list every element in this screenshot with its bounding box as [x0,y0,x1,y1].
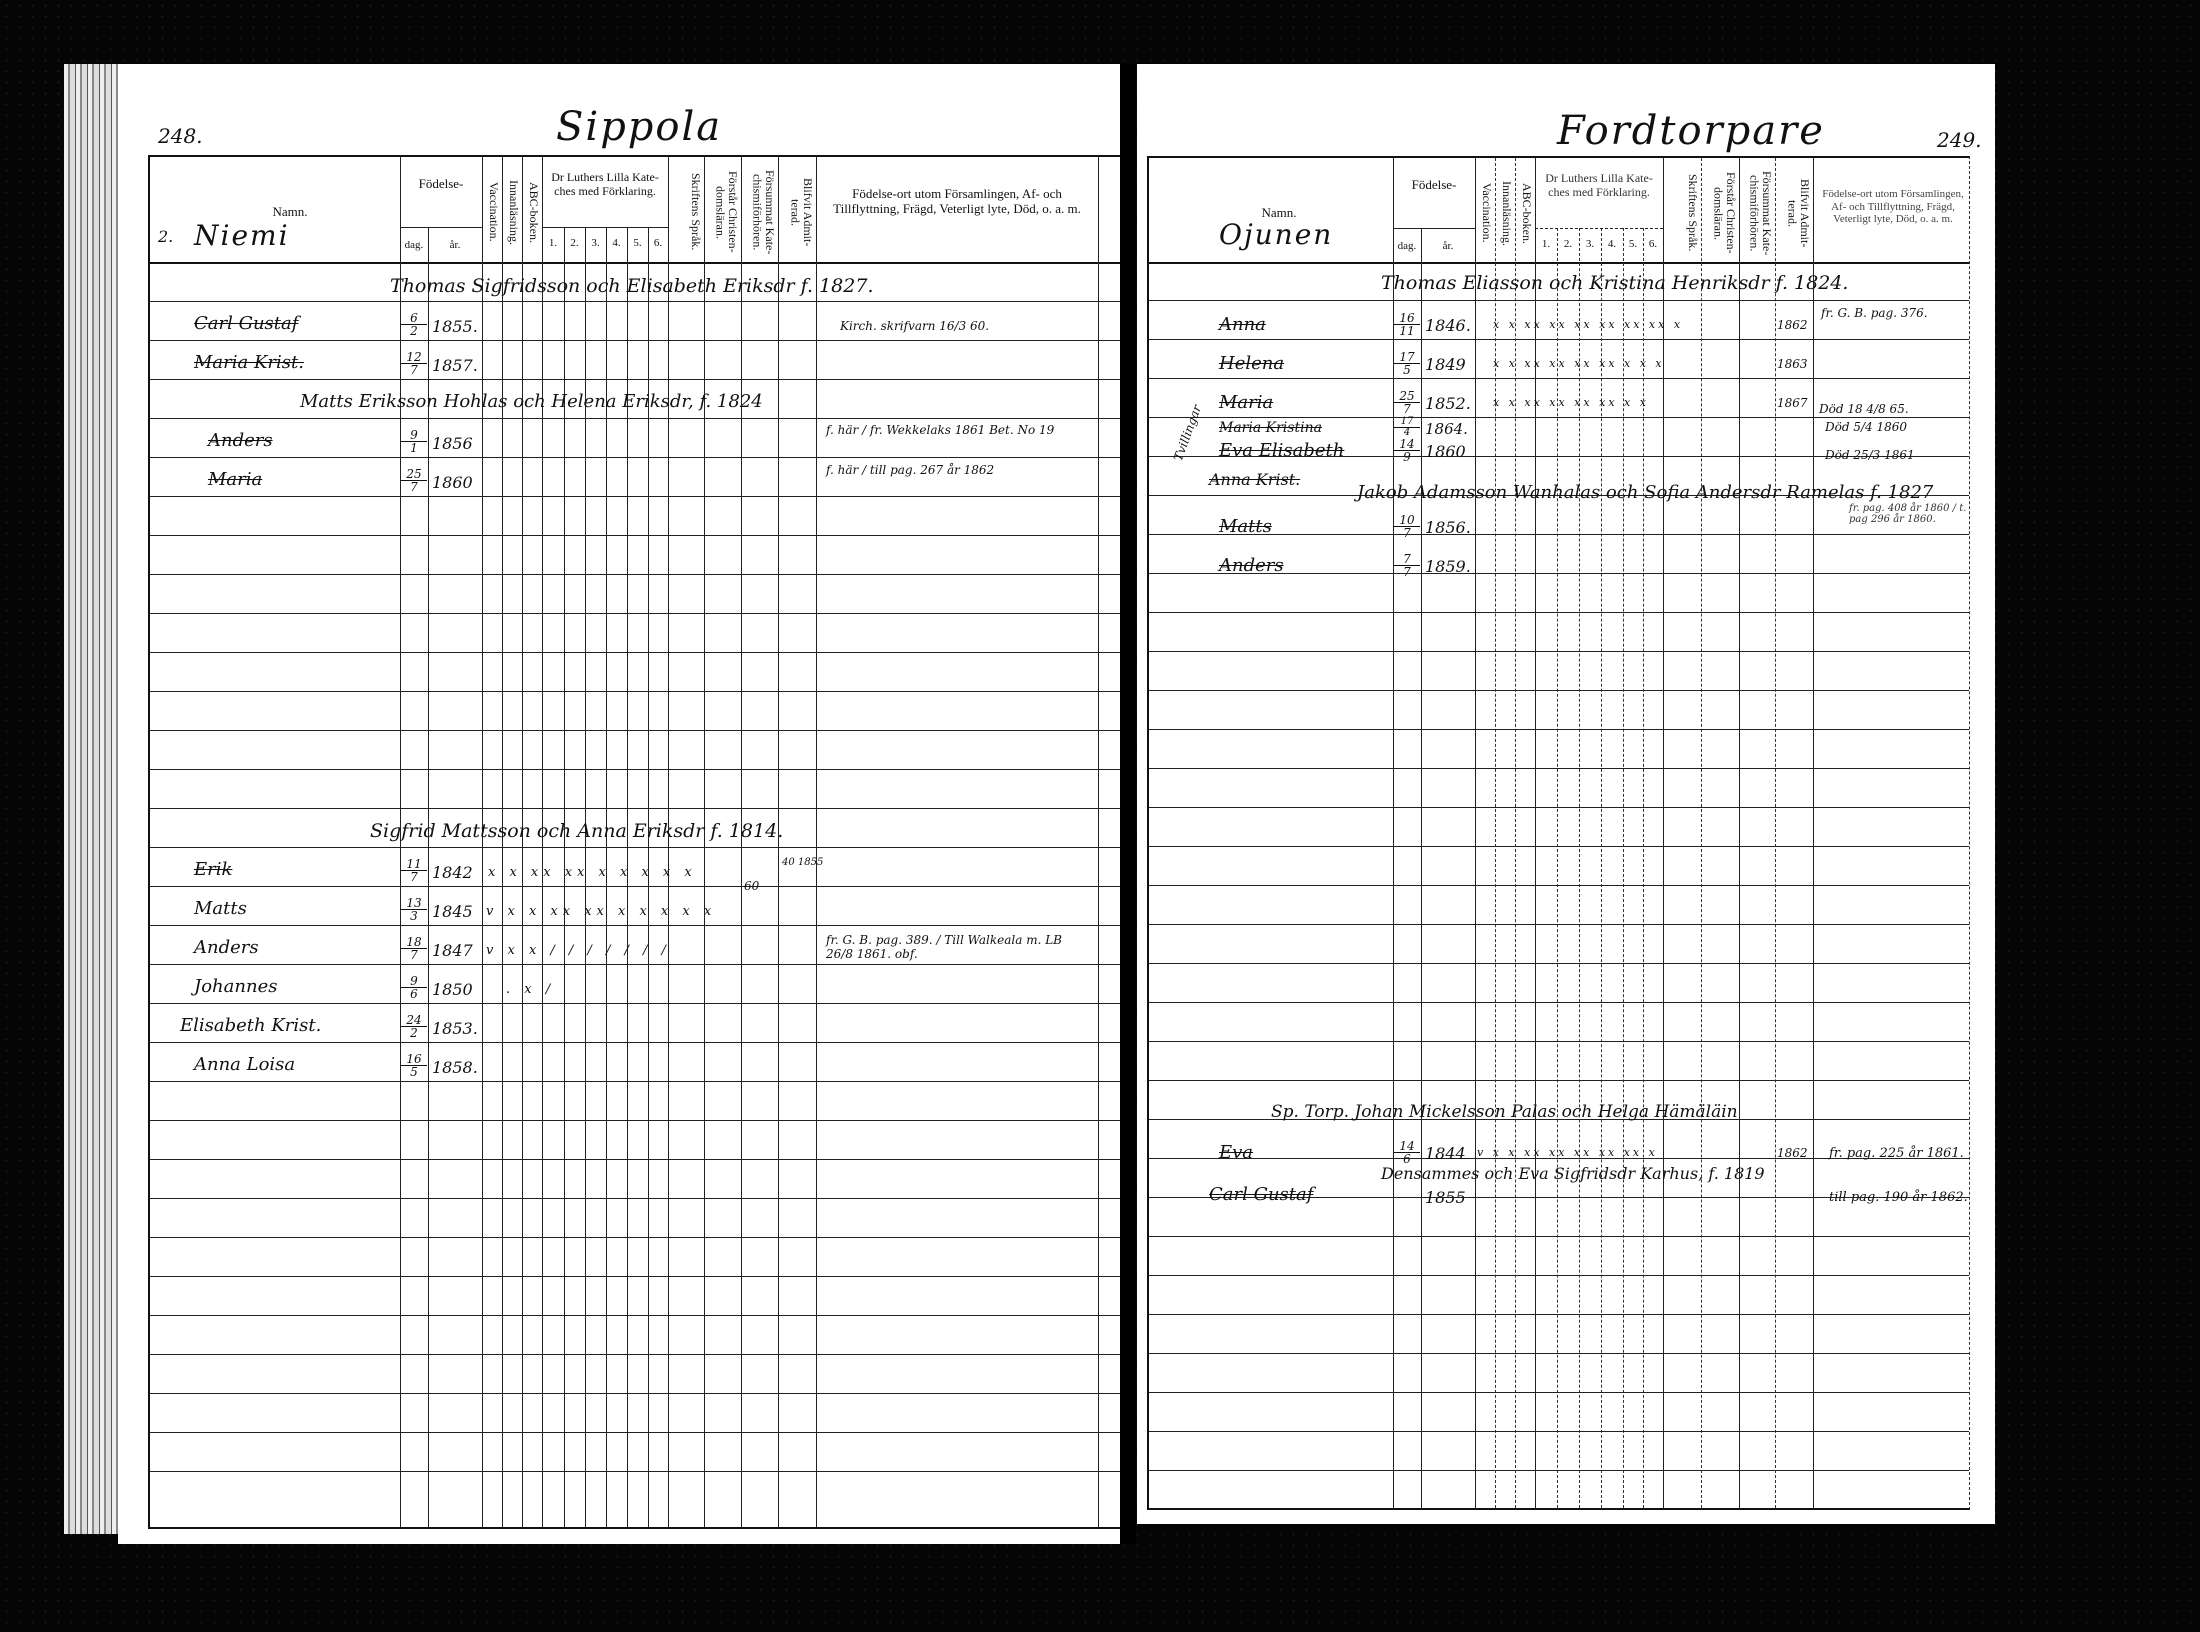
header-admitted: Blifvit Admit-terad. [1777,166,1811,260]
birth-date: 127 [401,351,427,376]
header-scripture-language: Skriftens Språk. [670,165,702,259]
header-scripture-language: Skriftens Språk. [1665,166,1699,260]
family-parents: Jakob Adamsson Wanhalas och Sofia Anders… [1357,482,1933,503]
birth-year: 1855 [1425,1188,1466,1207]
ledger-grid: Namn. Födelse- dag. år. Vaccination. Inn… [148,155,1127,1529]
remark: f. här / fr. Wekkelaks 1861 Bet. No 19 [826,423,1054,437]
member-name: Maria [208,469,262,490]
header-part-6: 6. [648,237,668,250]
family-parents: Matts Eriksson Hohlas och Helena Eriksdr… [300,391,763,412]
header-birth-day: dag. [400,239,428,252]
header-remarks: Födelse-ort utom Församlingen, Af- och T… [1821,188,1965,226]
birth-year: 1849 [1425,355,1466,374]
birth-year: 1860 [432,473,473,492]
birth-date: 1611 [1394,312,1420,337]
member-name: Matts [194,898,247,919]
remark: fr. G. B. pag. 389. / Till Walkeala m. L… [826,933,1086,961]
page-number: 249. [1937,128,1982,152]
birth-date: 187 [401,936,427,961]
catechism-marks: x x xx xx x x x x x [488,865,697,880]
birth-year: 1847 [432,941,473,960]
birth-date: 149 [1394,438,1420,463]
header-catechism: Dr Luthers Lilla Kate-ches med Förklarin… [1535,172,1663,200]
member-name: Anders [208,430,273,451]
admitted-year: 1862 [1777,1146,1808,1160]
left-page: 248. Sippola Namn. Födelse- dag. år. Vac… [118,64,1125,1544]
birth-date: 62 [401,312,427,337]
remark: Kirch. skrifvarn 16/3 60. [840,319,989,333]
header-birth-day: dag. [1393,240,1421,253]
catechism-marks: x x xx xx xx xx xx xx x [1493,318,1683,331]
birth-date: 165 [401,1053,427,1078]
header-birth-year: år. [1421,240,1475,253]
right-page: 249. Fordtorpare Namn. Födelse- dag. år.… [1137,64,1995,1524]
family-parents: Sp. Torp. Johan Mickelsson Palas och Hel… [1271,1102,1738,1122]
header-part-1: 1. [1535,238,1557,251]
birth-date: 133 [401,897,427,922]
birth-year: 1850 [432,980,473,999]
member-name: Helena [1219,353,1284,374]
birth-year: 1842 [432,863,473,882]
birth-year: 1856. [1425,518,1471,537]
header-name: Namn. [190,205,390,220]
member-name: Maria Kristina [1219,420,1322,436]
member-name: Matts [1219,516,1272,537]
household-number: 2. [158,227,173,246]
birth-year: 1853. [432,1019,478,1038]
header-birth-year: år. [428,239,482,252]
birth-date: 77 [1394,553,1420,578]
member-name: Anders [194,937,259,958]
farm-name: Ojunen [1219,218,1333,251]
member-name: Maria [1219,392,1273,413]
member-name: Anna [1219,314,1266,335]
remark: Död 5/4 1860 [1825,420,1907,434]
place-title: Sippola [556,104,722,150]
missed-count: 60 [744,879,759,893]
header-part-2: 2. [564,237,585,250]
header-birth: Födelse- [1393,178,1475,193]
header-abc-book: ABC-boken. [524,165,540,259]
header-understands-christianity: Förstår Christen-domsläran. [1703,166,1737,260]
catechism-marks: v x x xx xx xx xx xx x [1477,1146,1658,1159]
header-part-1: 1. [542,237,564,250]
birth-date: 242 [401,1014,427,1039]
family-parents: Thomas Sigfridsson och Elisabeth Eriksdr… [390,275,874,297]
admitted-year: 1863 [1777,357,1808,371]
header-part-2: 2. [1557,238,1579,251]
book-spine [1120,64,1136,1544]
admitted-year: 1867 [1777,396,1808,410]
header-reading: Innanläsning. [504,165,520,259]
birth-date: 96 [401,975,427,1000]
member-name: Maria Krist. [194,352,304,373]
header-missed-catechism: Försummat Kate-chismiförhören. [743,165,776,259]
remark: fr. G. B. pag. 376. [1821,306,1928,320]
birth-date: 257 [1394,390,1420,415]
header-remarks: Födelse-ort utom Församlingen, Af- och T… [826,187,1088,217]
birth-year: 1860 [1425,442,1466,461]
header-part-5: 5. [627,237,648,250]
member-name: Anna Krist. [1209,470,1300,489]
catechism-marks: v x x / / / / / / / [486,943,671,958]
birth-year: 1846. [1425,316,1471,335]
header-abc-book: ABC-boken. [1517,166,1533,260]
member-name: Johannes [194,976,277,997]
admitted-year: 1862 [1777,318,1808,332]
header-admitted: Blifvit Admit-terad. [780,165,814,259]
birth-date: 257 [401,468,427,493]
member-name: Erik [194,859,232,880]
birth-year: 1857. [432,356,478,375]
catechism-marks: x x xx xx xx xx x x [1493,396,1649,409]
birth-year: 1858. [432,1058,478,1077]
parents-note: Densammes och Eva Sigfridsdr Karhus, f. … [1381,1164,1765,1183]
member-name: Carl Gustaf [194,313,298,334]
member-name: Elisabeth Krist. [180,1015,321,1036]
header-vaccination: Vaccination. [1477,166,1493,260]
remark: Död 18 4/8 65. [1819,402,1909,416]
remark: till pag. 190 år 1862. [1829,1190,1968,1205]
member-name: Eva Elisabeth [1219,440,1344,461]
header-understands-christianity: Förstår Christen-domsläran. [706,165,739,259]
birth-year: 1852. [1425,394,1471,413]
catechism-marks: . x / [506,982,555,997]
farm-name: Niemi [194,219,290,252]
remark: fr. pag. 408 år 1860 / t. pag 296 år 186… [1849,503,1969,525]
family-parents: Sigfrid Mattsson och Anna Eriksdr f. 181… [370,820,783,842]
ledger-grid: Namn. Födelse- dag. år. Vaccination. Inn… [1147,156,1970,1510]
header-part-4: 4. [1601,238,1623,251]
header-reading: Innanläsning. [1497,166,1513,260]
header-part-6: 6. [1643,238,1663,251]
remark: fr. pag. 225 år 1861. [1829,1146,1964,1161]
birth-year: 1844 [1425,1144,1466,1163]
birth-date: 107 [1394,514,1420,539]
member-name: Anders [1219,555,1284,576]
birth-date: 174 [1394,417,1420,438]
birth-date: 175 [1394,351,1420,376]
admitted-year: 40 1855 [782,857,823,868]
birth-date: 117 [401,858,427,883]
twins-note: Tvillingar [1171,403,1204,463]
header-missed-catechism: Försummat Kate-chismiförhören. [1741,166,1773,260]
header-part-3: 3. [1579,238,1601,251]
remark: Död 25/3 1861 [1825,448,1915,462]
place-title: Fordtorpare [1557,108,1825,154]
birth-year: 1859. [1425,557,1471,576]
member-name: Carl Gustaf [1209,1184,1313,1205]
birth-date: 146 [1394,1140,1420,1165]
header-catechism: Dr Luthers Lilla Kate-ches med Förklarin… [542,171,668,199]
family-parents: Thomas Eliasson och Kristina Henriksdr f… [1381,272,1848,294]
catechism-marks: v x x xx xx x x x x x [486,904,716,919]
birth-year: 1864. [1425,420,1468,438]
header-part-4: 4. [606,237,627,250]
birth-date: 91 [401,429,427,454]
member-name: Eva [1219,1142,1253,1163]
member-name: Anna Loisa [194,1054,295,1075]
birth-year: 1856 [432,434,473,453]
header-vaccination: Vaccination. [484,165,500,259]
page-number: 248. [158,124,203,148]
catechism-marks: x x xx xx xx xx x x x [1493,357,1665,370]
header-part-5: 5. [1623,238,1643,251]
header-part-3: 3. [585,237,606,250]
remark: f. här / till pag. 267 år 1862 [826,463,994,477]
header-birth: Födelse- [400,177,482,192]
birth-year: 1855. [432,317,478,336]
birth-year: 1845 [432,902,473,921]
